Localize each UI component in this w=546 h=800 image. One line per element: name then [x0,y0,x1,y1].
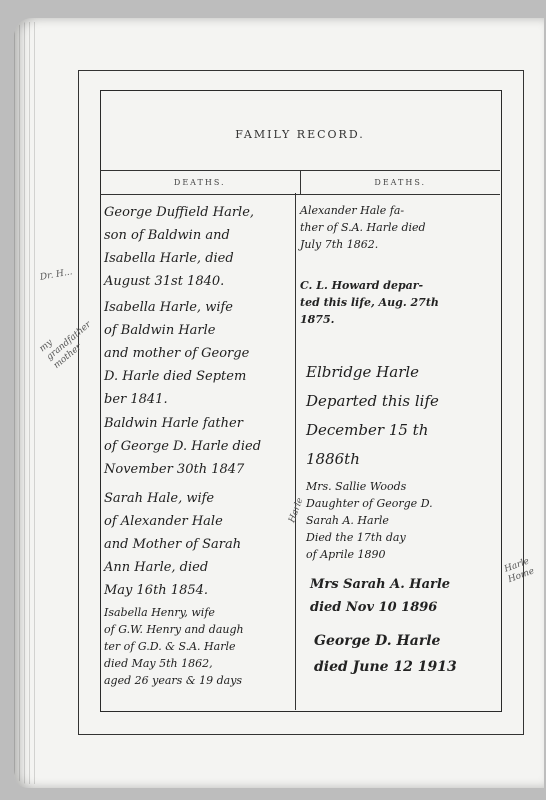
page-title: FAMILY RECORD. [100,128,500,141]
death-entry-baldwin-harle: Baldwin Harle father of George D. Harle … [104,412,261,481]
death-entry-george-duffield-harle: George Duffield Harle, son of Baldwin an… [104,201,254,293]
death-entry-sarah-hale: Sarah Hale, wife of Alexander Hale and M… [104,487,241,602]
death-entry-george-d-harle: George D. Harle died June 12 1913 [314,628,457,680]
death-entry-c-l-howard: C. L. Howard depar- ted this life, Aug. … [300,277,439,328]
left-column-header: DEATHS. [100,171,301,194]
death-entry-sarah-a-harle: Mrs Sarah A. Harle died Nov 10 1896 [310,573,450,619]
column-divider [295,193,296,710]
death-entry-isabella-henry: Isabella Henry, wife of G.W. Henry and d… [104,604,244,689]
page-binding-edge [14,22,38,784]
death-entry-sallie-woods: Mrs. Sallie Woods Daughter of George D. … [306,478,433,563]
right-column-header: DEATHS. [301,171,501,194]
death-entry-alexander-hale: Alexander Hale fa- ther of S.A. Harle di… [300,202,426,253]
death-entry-isabella-harle: Isabella Harle, wife of Baldwin Harle an… [104,296,249,411]
death-entry-elbridge-harle: Elbridge Harle Departed this life Decemb… [306,358,439,474]
column-header-row: DEATHS. DEATHS. [100,170,500,195]
